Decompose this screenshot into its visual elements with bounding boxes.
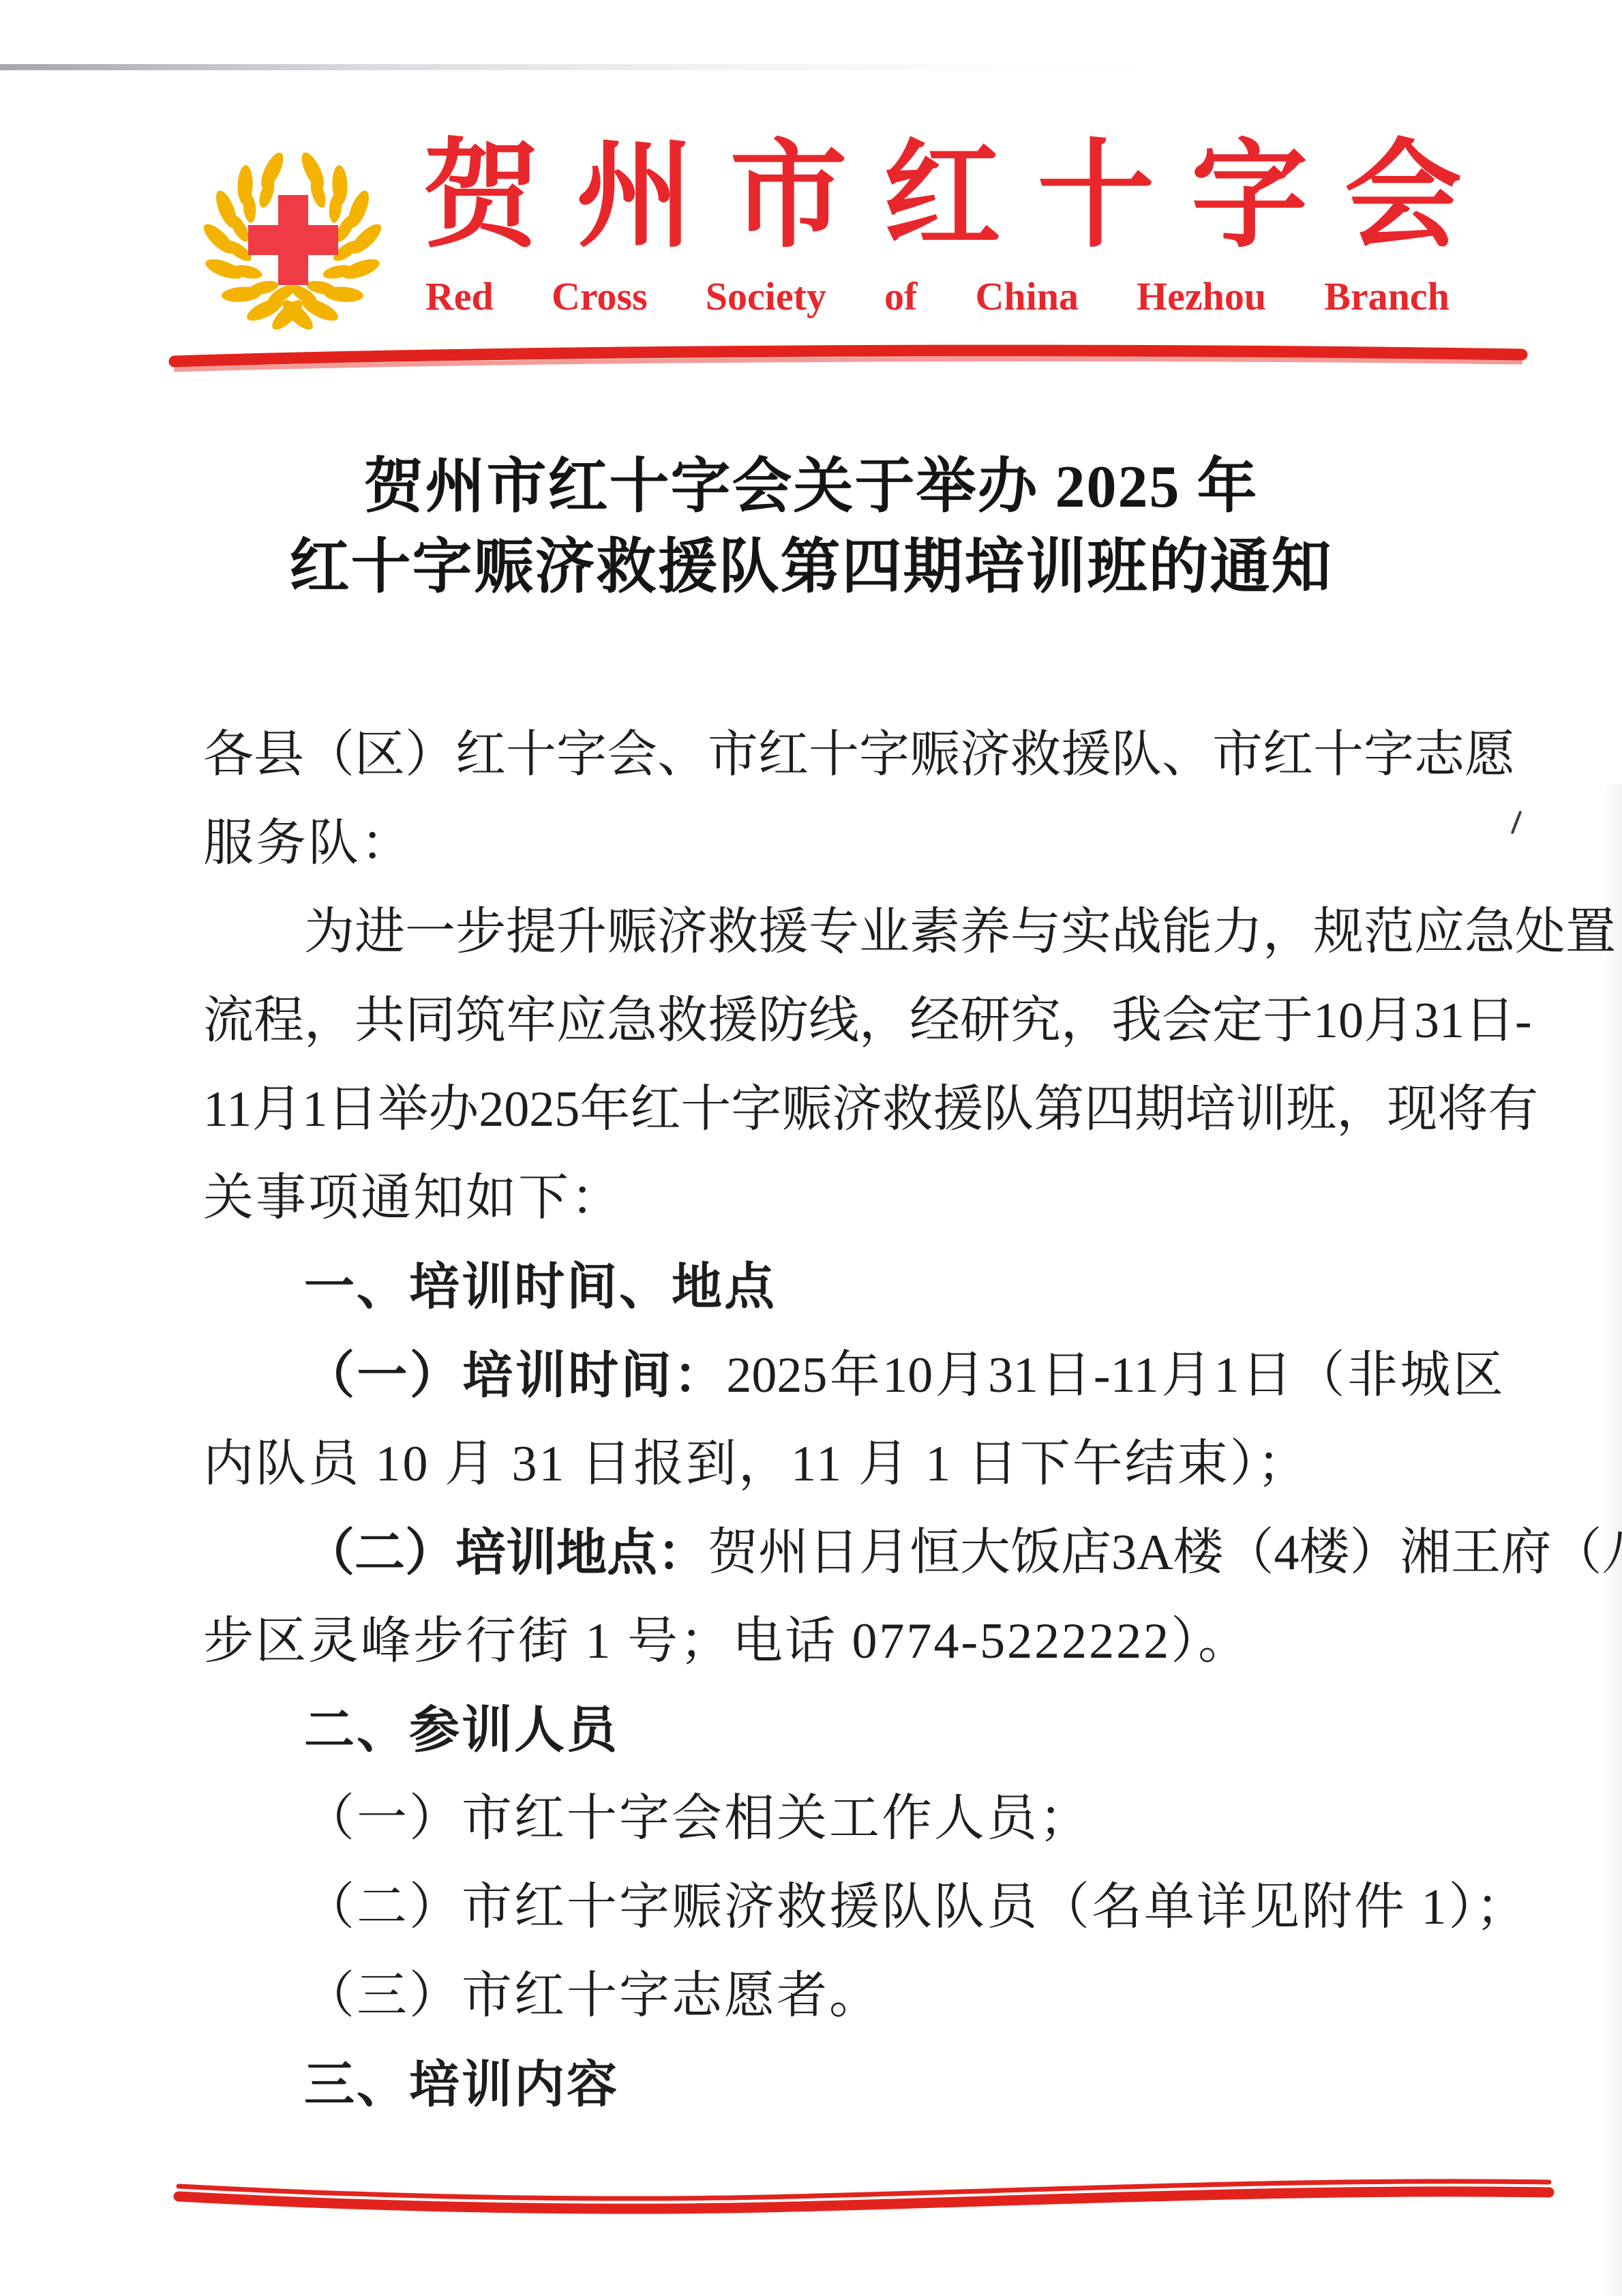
body-line: 流程，共同筑牢应急救援防线，经研究，我会定于10月31日-: [203, 991, 1503, 1051]
body-line: （一）培训时间：2025年10月31日-11月1日（非城区: [304, 1345, 1503, 1405]
body-line: （二）培训地点：贺州日月恒大饭店3A楼（4楼）湘王府（八: [304, 1523, 1503, 1583]
footer-divider-rule: [0, 2170, 1622, 2224]
org-name-chinese: 贺州市红十字会: [423, 132, 1462, 262]
body-line: （三）市红十字志愿者。: [304, 1966, 1503, 2026]
body-line: （二）市红十字赈济救援队队员（名单详见附件 1）；: [304, 1877, 1503, 1937]
scanned-notice-page: 贺州市红十字会 RedCrossSocietyofChinaHezhouBran…: [0, 0, 1622, 2296]
body-line: 三、培训内容: [304, 2055, 1503, 2115]
body-line: 服务队：: [203, 814, 1503, 874]
scan-artifact-top-streak: [0, 64, 1214, 70]
body-line: 为进一步提升赈济救援专业素养与实战能力，规范应急处置: [304, 902, 1503, 962]
body-line: 各县（区）红十字会、市红十字赈济救援队、市红十字志愿: [203, 725, 1503, 785]
red-cross-wreath-logo-icon: [200, 147, 385, 336]
document-title-line-1: 贺州市红十字会关于举办 2025 年: [0, 447, 1622, 528]
document-title-line-2: 红十字赈济救援队第四期培训班的通知: [0, 528, 1622, 608]
body-line: 11月1日举办2025年红十字赈济救援队第四期培训班，现将有: [203, 1079, 1503, 1139]
body-line: 二、参训人员: [304, 1700, 1503, 1760]
body-line: （一）市红十字会相关工作人员；: [304, 1789, 1503, 1849]
body-line: 关事项通知如下：: [203, 1168, 1503, 1228]
body-line: 内队员 10 月 31 日报到，11 月 1 日下午结束）；: [203, 1434, 1503, 1494]
org-name-english: RedCrossSocietyofChinaHezhouBranch: [425, 274, 1450, 319]
pen-mark-artifact: [1511, 810, 1522, 834]
body-line: 一、培训时间、地点: [304, 1257, 1503, 1317]
document-title: 贺州市红十字会关于举办 2025 年 红十字赈济救援队第四期培训班的通知: [0, 447, 1622, 608]
body-line: 步区灵峰步行街 1 号；电话 0774-5222222）。: [203, 1611, 1503, 1671]
header-divider-rule: [0, 338, 1622, 379]
